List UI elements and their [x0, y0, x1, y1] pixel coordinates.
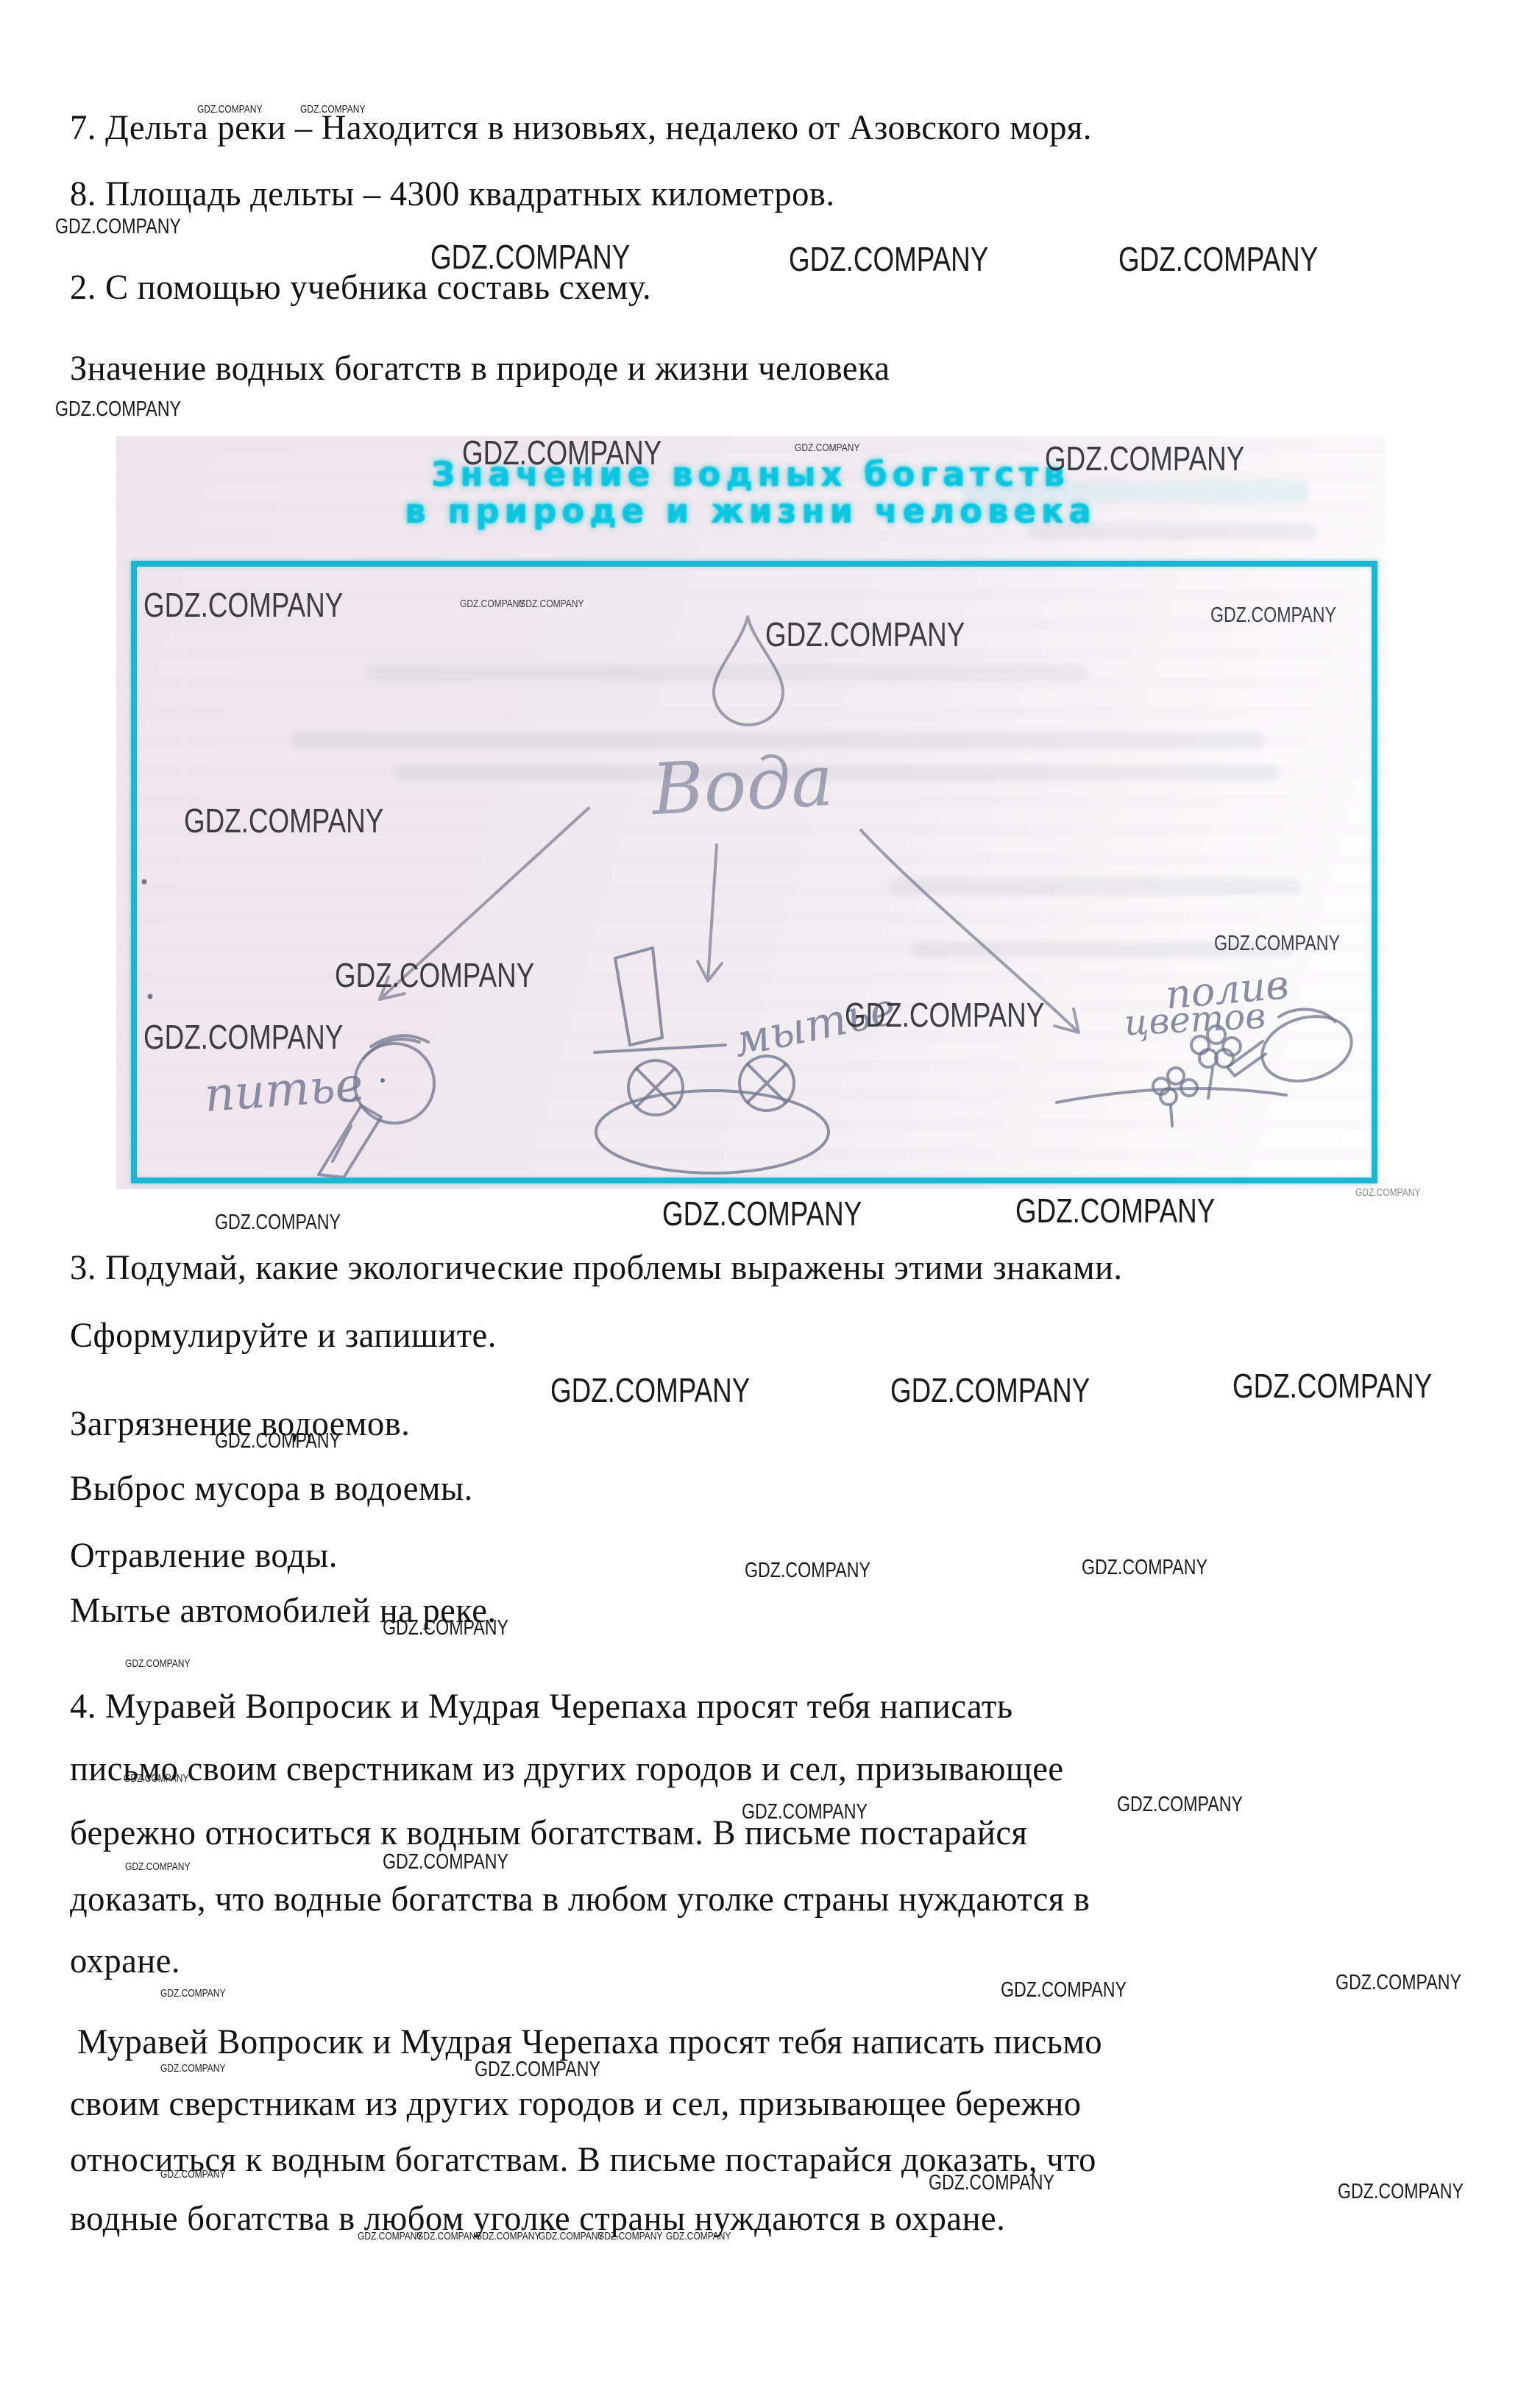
gdz-watermark: GDZ.COMPANY: [1082, 1556, 1207, 1580]
gdz-watermark: GDZ.COMPANY: [383, 1850, 508, 1874]
gdz-watermark: GDZ.COMPANY: [475, 2058, 600, 2082]
gdz-watermark: GDZ.COMPANY: [789, 239, 988, 279]
gdz-watermark: GDZ.COMPANY: [1214, 932, 1340, 956]
gdz-watermark: GDZ.COMPANY: [125, 1657, 190, 1670]
gdz-watermark: GDZ.COMPANY: [335, 955, 534, 995]
gdz-watermark: GDZ.COMPANY: [1001, 1978, 1127, 2002]
task4-line1: 4. Муравей Вопросик и Мудрая Черепаха пр…: [70, 1685, 1013, 1728]
arrow-middle-sketch: [698, 845, 722, 981]
gdz-watermark: GDZ.COMPANY: [1233, 1366, 1432, 1406]
showthrough-smudge: [962, 481, 1308, 502]
gdz-watermark: GDZ.COMPANY: [197, 103, 262, 116]
showthrough-smudge: [1029, 523, 1316, 539]
gdz-watermark: GDZ.COMPANY: [666, 2230, 731, 2242]
handwritten-label-tsvetov: цветов: [1123, 995, 1266, 1044]
task4-line2: письмо своим сверстникам из других город…: [70, 1748, 1063, 1791]
gdz-watermark: GDZ.COMPANY: [160, 1987, 225, 2000]
gdz-watermark: GDZ.COMPANY: [1210, 603, 1336, 628]
gdz-watermark: GDZ.COMPANY: [475, 2230, 540, 2242]
task3-line2: Сформулируйте и запишите.: [70, 1314, 497, 1357]
pencil-sketch: Вода питье мытье полив цветов: [137, 567, 1372, 1178]
task3-line1: 3. Подумай, какие экологические проблемы…: [70, 1247, 1123, 1289]
answer3-line2: Выброс мусора в водоемы.: [70, 1467, 473, 1510]
gdz-watermark: GDZ.COMPANY: [462, 433, 662, 472]
gdz-watermark: GDZ.COMPANY: [215, 1429, 341, 1453]
task4-line3: бережно относиться к водным богатствам. …: [70, 1812, 1027, 1855]
gdz-watermark: GDZ.COMPANY: [539, 2230, 603, 2242]
answer-line-item8: 8. Площадь дельты – 4300 квадратных кило…: [70, 173, 835, 216]
gdz-watermark: GDZ.COMPANY: [1118, 239, 1318, 279]
gdz-watermark: GDZ.COMPANY: [1015, 1191, 1215, 1230]
task4-line4: доказать, что водные богатства в любом у…: [70, 1878, 1090, 1921]
gdz-watermark: GDZ.COMPANY: [550, 1370, 750, 1410]
answer4-line2: своим сверстникам из других городов и се…: [70, 2083, 1082, 2125]
gdz-watermark: GDZ.COMPANY: [160, 2168, 225, 2181]
car-wash-sketch: [595, 948, 829, 1173]
gdz-watermark: GDZ.COMPANY: [742, 1800, 868, 1824]
gdz-watermark: GDZ.COMPANY: [55, 215, 181, 239]
handwritten-label-pitye: питье: [202, 1058, 364, 1123]
gdz-watermark: GDZ.COMPANY: [300, 103, 365, 116]
gdz-watermark: GDZ.COMPANY: [416, 2230, 481, 2242]
gdz-watermark: GDZ.COMPANY: [1045, 439, 1244, 478]
gdz-watermark: GDZ.COMPANY: [460, 598, 525, 610]
task4-line5: охране.: [70, 1940, 180, 1983]
gdz-watermark: GDZ.COMPANY: [124, 1772, 188, 1785]
gdz-watermark: GDZ.COMPANY: [1338, 2180, 1464, 2204]
scheme-title-line: Значение водных богатств в природе и жиз…: [70, 347, 890, 390]
gdz-watermark: GDZ.COMPANY: [430, 237, 630, 277]
answer3-line3: Отравление воды.: [70, 1534, 338, 1577]
gdz-watermark: GDZ.COMPANY: [929, 2171, 1054, 2195]
gdz-watermark: GDZ.COMPANY: [662, 1194, 862, 1233]
gdz-watermark: GDZ.COMPANY: [143, 1017, 343, 1057]
gdz-watermark: GDZ.COMPANY: [795, 442, 859, 454]
gdz-watermark: GDZ.COMPANY: [55, 397, 181, 422]
gdz-watermark: GDZ.COMPANY: [890, 1370, 1090, 1410]
handwritten-label-voda: Вода: [648, 739, 835, 831]
gdz-watermark: GDZ.COMPANY: [597, 2230, 662, 2242]
gdz-watermark: GDZ.COMPANY: [519, 598, 584, 610]
gdz-watermark: GDZ.COMPANY: [845, 995, 1044, 1035]
gdz-watermark: GDZ.COMPANY: [160, 2062, 225, 2075]
gdz-watermark: GDZ.COMPANY: [358, 2230, 422, 2242]
gdz-watermark: GDZ.COMPANY: [215, 1211, 341, 1235]
gdz-watermark: GDZ.COMPANY: [1117, 1793, 1243, 1817]
scheme-frame: Вода питье мытье полив цветов: [131, 561, 1377, 1183]
gdz-watermark: GDZ.COMPANY: [1336, 1971, 1461, 1995]
gdz-watermark: GDZ.COMPANY: [383, 1616, 508, 1640]
gdz-watermark: GDZ.COMPANY: [1355, 1186, 1420, 1199]
gdz-watermark: GDZ.COMPANY: [125, 1860, 190, 1873]
gdz-watermark: GDZ.COMPANY: [143, 585, 343, 625]
gdz-watermark: GDZ.COMPANY: [765, 615, 965, 654]
gdz-watermark: GDZ.COMPANY: [184, 801, 383, 840]
gdz-watermark: GDZ.COMPANY: [745, 1559, 870, 1583]
homework-page: 7. Дельта реки – Находится в низовьях, н…: [0, 0, 1518, 2408]
